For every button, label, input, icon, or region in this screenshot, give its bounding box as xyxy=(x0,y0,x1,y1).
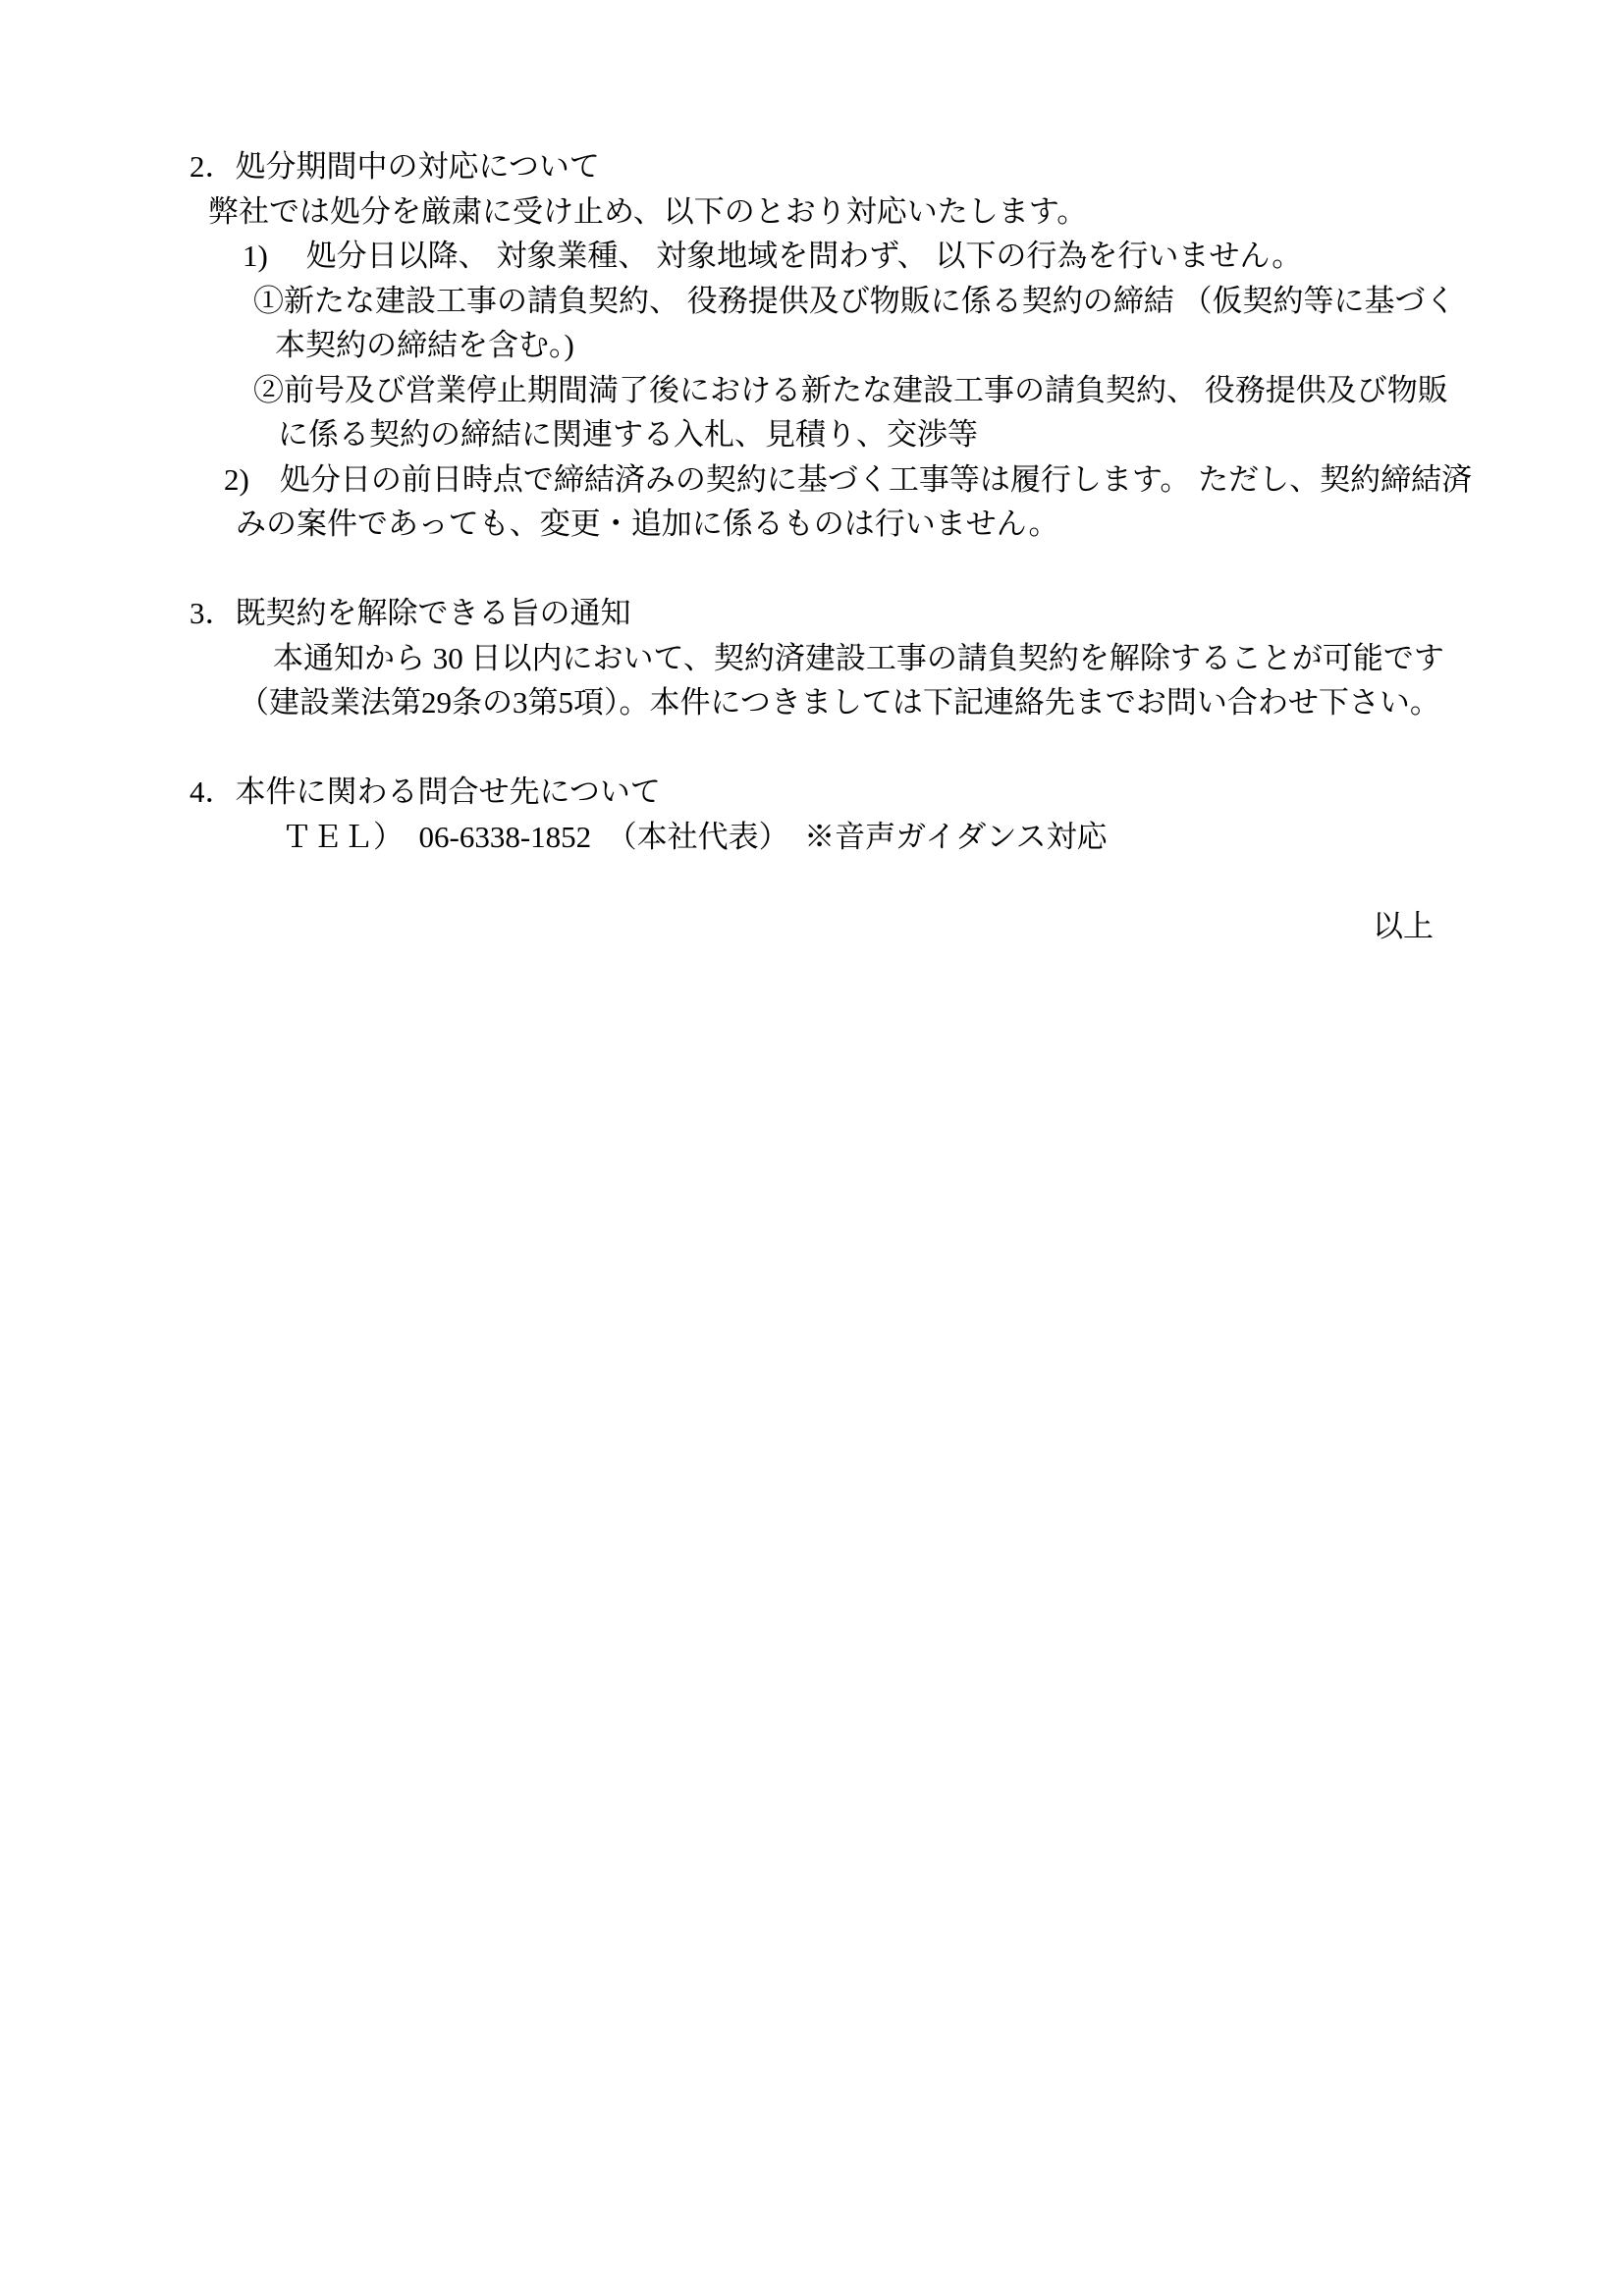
spacer-2 xyxy=(0,725,1624,771)
closing-ijou: 以上 xyxy=(0,904,1434,949)
document-body: 2．処分期間中の対応について弊社では処分を厳粛に受け止め、以下のとおり対応いたし… xyxy=(0,144,1624,948)
document-page: 2．処分期間中の対応について弊社では処分を厳粛に受け止め、以下のとおり対応いたし… xyxy=(0,0,1624,2296)
spacer-3 xyxy=(0,859,1624,904)
section2-item1-sub2-cont: に係る契約の締結に関連する入札、見積り、交渉等 xyxy=(278,412,1624,457)
section3-body-2: （建設業法第29条の3第5項）。本件につきましては下記連絡先までお問い合わせ下さ… xyxy=(239,680,1624,725)
section2-item1-sub1: ①新たな建設工事の請負契約、 役務提供及び物販に係る契約の締結 （仮契約等に基づ… xyxy=(253,279,1624,324)
section2-item1: 1) 処分日以降、 対象業種、 対象地域を問わず、 以下の行為を行いません。 xyxy=(243,234,1624,279)
section4-heading: 4．本件に関わる問合せ先について xyxy=(189,770,1624,815)
section2-item2: 2) 処分日の前日時点で締結済みの契約に基づく工事等は履行します。 ただし、契約… xyxy=(224,457,1624,503)
section2-item1-sub1-cont: 本契約の締結を含む。) xyxy=(275,323,1624,368)
section3-heading: 3．既契約を解除できる旨の通知 xyxy=(189,591,1624,636)
section2-intro: 弊社では処分を厳粛に受け止め、以下のとおり対応いたします。 xyxy=(208,189,1624,235)
spacer-1 xyxy=(0,547,1624,592)
section2-item1-sub2: ②前号及び営業停止期間満了後における新たな建設工事の請負契約、 役務提供及び物販 xyxy=(253,368,1624,413)
section2-heading: 2．処分期間中の対応について xyxy=(189,144,1624,189)
section4-tel: ＴＥＬ） 06-6338-1852 （本社代表） ※音声ガイダンス対応 xyxy=(282,815,1624,860)
section2-item2-cont: みの案件であっても、変更・追加に係るものは行いません。 xyxy=(236,502,1624,547)
section3-body-1: 本通知から 30 日以内において、契約済建設工事の請負契約を解除することが可能で… xyxy=(273,636,1624,681)
